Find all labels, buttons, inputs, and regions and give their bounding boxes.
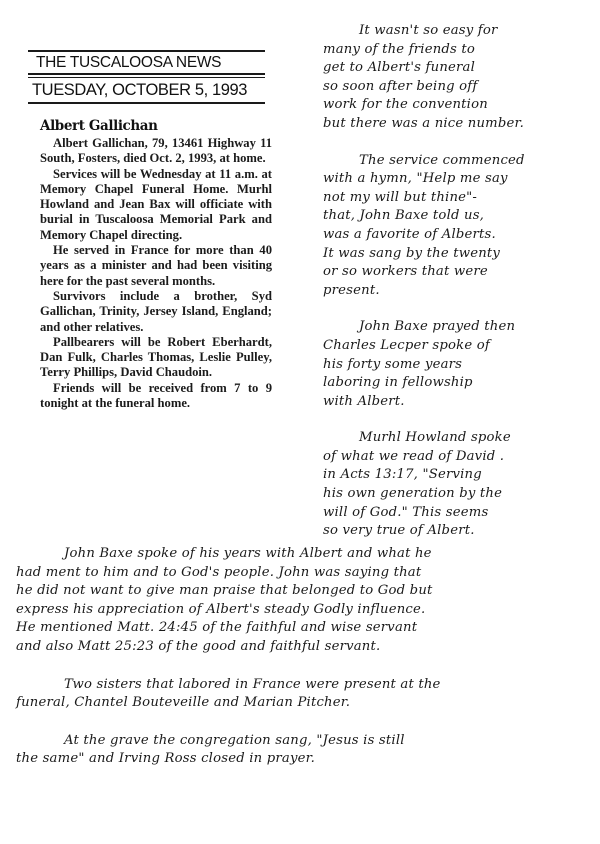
letter-paragraph: At the grave the congregation sang, "Jes… (16, 732, 591, 769)
obituary-body: Albert Gallichan, 79, 13461 Highway 11 S… (40, 136, 272, 411)
letter-paragraph: John Baxe spoke of his years with Albert… (16, 545, 591, 657)
dateline-bottom-rule (28, 102, 265, 104)
letter-full-width-section: John Baxe spoke of his years with Albert… (16, 545, 591, 788)
obituary-paragraph: Pallbearers will be Robert Eberhardt, Da… (40, 335, 272, 381)
letter-paragraph: It wasn't so easy for many of the friend… (323, 22, 588, 134)
letter-paragraph: Two sisters that labored in France were … (16, 676, 591, 713)
obituary-heading: Albert Gallichan (40, 118, 268, 134)
newspaper-masthead: THE TUSCALOOSA NEWS (28, 52, 268, 73)
newspaper-clipping: THE TUSCALOOSA NEWS TUESDAY, OCTOBER 5, … (28, 50, 268, 411)
obituary-paragraph: Friends will be received from 7 to 9 ton… (40, 381, 272, 412)
letter-paragraph: John Baxe prayed then Charles Lecper spo… (323, 318, 588, 411)
newspaper-dateline: TUESDAY, OCTOBER 5, 1993 (28, 78, 268, 102)
obituary-paragraph: Services will be Wednesday at 11 a.m. at… (40, 167, 272, 243)
letter-paragraph: The service commenced with a hymn, "Help… (323, 152, 588, 301)
letter-paragraph: Murhl Howland spoke of what we read of D… (323, 429, 588, 541)
obituary-paragraph: Survivors include a brother, Syd Gallich… (40, 289, 272, 335)
letter-right-column: It wasn't so easy for many of the friend… (323, 22, 588, 559)
obituary-paragraph: He served in France for more than 40 yea… (40, 243, 272, 289)
obituary-paragraph: Albert Gallichan, 79, 13461 Highway 11 S… (40, 136, 272, 167)
